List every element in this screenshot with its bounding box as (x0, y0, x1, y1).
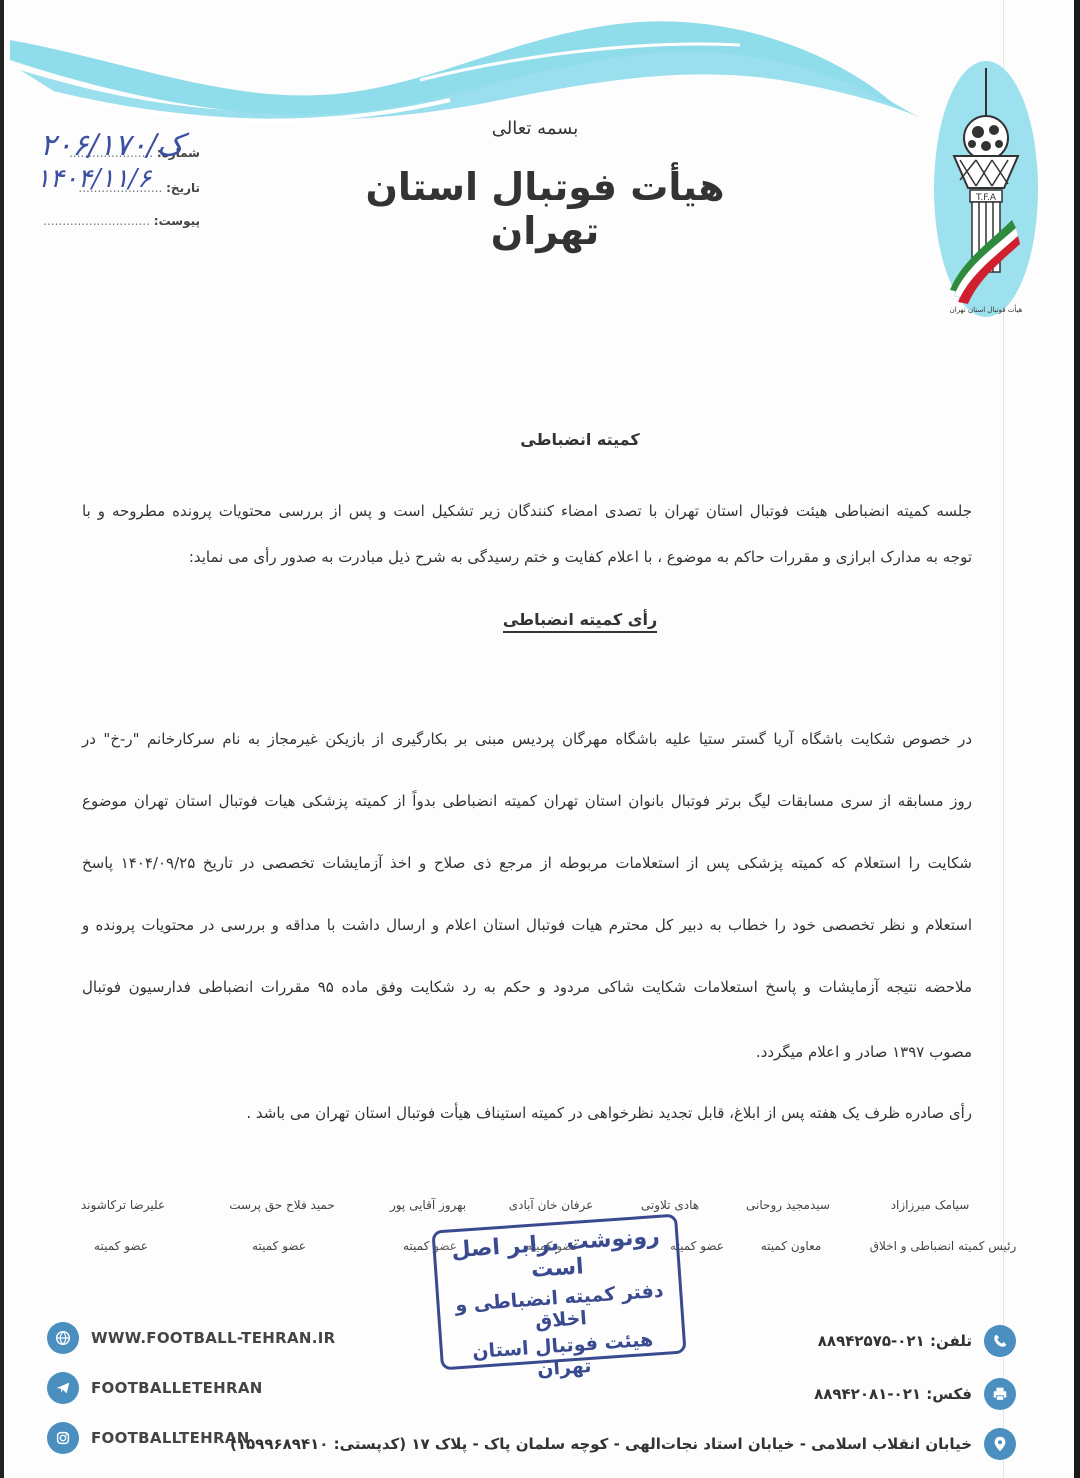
signatory-role: عضو کمیته (46, 1239, 196, 1253)
certified-copy-stamp: رونوشت برابر اصل است دفتر کمیته انضباطی … (431, 1214, 686, 1371)
verdict-line-6: مصوب ۱۳۹۷ صادر و اعلام میگردد. (756, 1043, 972, 1061)
intro-line-1: جلسه کمیته انضباطی هیئت فوتبال استان تهر… (82, 502, 972, 520)
signatory-name: سیامک میرزازاد (855, 1198, 1005, 1212)
phone-icon (984, 1325, 1016, 1357)
verdict-line-4: استعلام و نظر تخصصی خود را خطاب به دبیر … (82, 916, 972, 934)
fax-icon (984, 1378, 1016, 1410)
footer-fax[interactable]: فکس: ۰۲۱-۸۸۹۴۲۰۸۱ (814, 1378, 1016, 1410)
date-label: تاریخ: (166, 181, 200, 195)
signatory-role: رئیس کمیته انضباطی و اخلاق (868, 1239, 1018, 1253)
signatory-name: علیرضا ترکاشوند (48, 1198, 198, 1212)
verdict-line-3: شکایت را استعلام که کمیته پزشکی پس از اس… (82, 854, 972, 872)
letter-page: T.F.A هیأت فوتبال استان تهران بسمه تعالی… (0, 0, 1080, 1478)
attachment-label: پیوست: (154, 214, 200, 228)
telegram-icon (47, 1372, 79, 1404)
verdict-line-1: در خصوص شکایت باشگاه آریا گستر ستیا علیه… (82, 730, 972, 748)
phone-text: تلفن: ۰۲۱-۸۸۹۴۲۵۷۵ (818, 1332, 972, 1350)
basmala: بسمه تعالی (460, 118, 610, 139)
verdict-heading-text: رأی کمیته انضباطی (503, 610, 657, 633)
instagram-text: FOOTBALLTEHRAN (91, 1429, 250, 1447)
tfa-logo: T.F.A هیأت فوتبال استان تهران (932, 60, 1040, 318)
telegram-text: FOOTBALLETEHRAN (91, 1379, 263, 1397)
verdict-line-5: ملاحضه نتیجه آزمایشات و پاسخ استعلامات ش… (82, 978, 972, 996)
footer-phone[interactable]: تلفن: ۰۲۱-۸۸۹۴۲۵۷۵ (818, 1325, 1016, 1357)
footer-instagram[interactable]: FOOTBALLTEHRAN (47, 1422, 250, 1454)
committee-heading: کمیته انضباطی (440, 430, 720, 449)
svg-text:هیأت فوتبال استان تهران: هیأت فوتبال استان تهران (950, 304, 1023, 314)
address-text: خیابان انقلاب اسلامی - خیابان استاد نجات… (230, 1435, 972, 1453)
footer-address[interactable]: خیابان انقلاب اسلامی - خیابان استاد نجات… (230, 1428, 1016, 1460)
attachment-value: ............................ (43, 214, 150, 228)
handwritten-number: ۲۰۶/ک/۱۷۰ (40, 128, 184, 163)
meta-attachment: پیوست: ............................ (40, 214, 200, 228)
appeal-note: رأی صادره ظرف یک هفته پس از ابلاغ، قابل … (246, 1104, 972, 1122)
location-icon (984, 1428, 1016, 1460)
intro-line-2: توجه به مدارک ابرازی و مقررات حاکم به مو… (189, 548, 972, 566)
verdict-heading: رأی کمیته انضباطی (440, 610, 720, 629)
globe-icon (47, 1322, 79, 1354)
stamp-line-1: رونوشت برابر اصل است (435, 1223, 678, 1290)
signatory-role: عضو کمیته (204, 1239, 354, 1253)
verdict-line-2: روز مسابقه از سری مسابقات لیگ برتر فوتبا… (82, 792, 972, 810)
signatory-name: حمید فلاح حق پرست (207, 1198, 357, 1212)
footer-telegram[interactable]: FOOTBALLETEHRAN (47, 1372, 263, 1404)
instagram-icon (47, 1422, 79, 1454)
footer-website[interactable]: WWW.FOOTBALL-TEHRAN.IR (47, 1322, 335, 1354)
org-title: هیأت فوتبال استان تهران (330, 165, 760, 253)
website-text: WWW.FOOTBALL-TEHRAN.IR (91, 1329, 335, 1347)
fax-text: فکس: ۰۲۱-۸۸۹۴۲۰۸۱ (814, 1385, 972, 1403)
signatory-name: بهروز آقایی پور (353, 1198, 503, 1212)
handwritten-date: ۱۴۰۴/۱۱/۶ (36, 164, 151, 194)
